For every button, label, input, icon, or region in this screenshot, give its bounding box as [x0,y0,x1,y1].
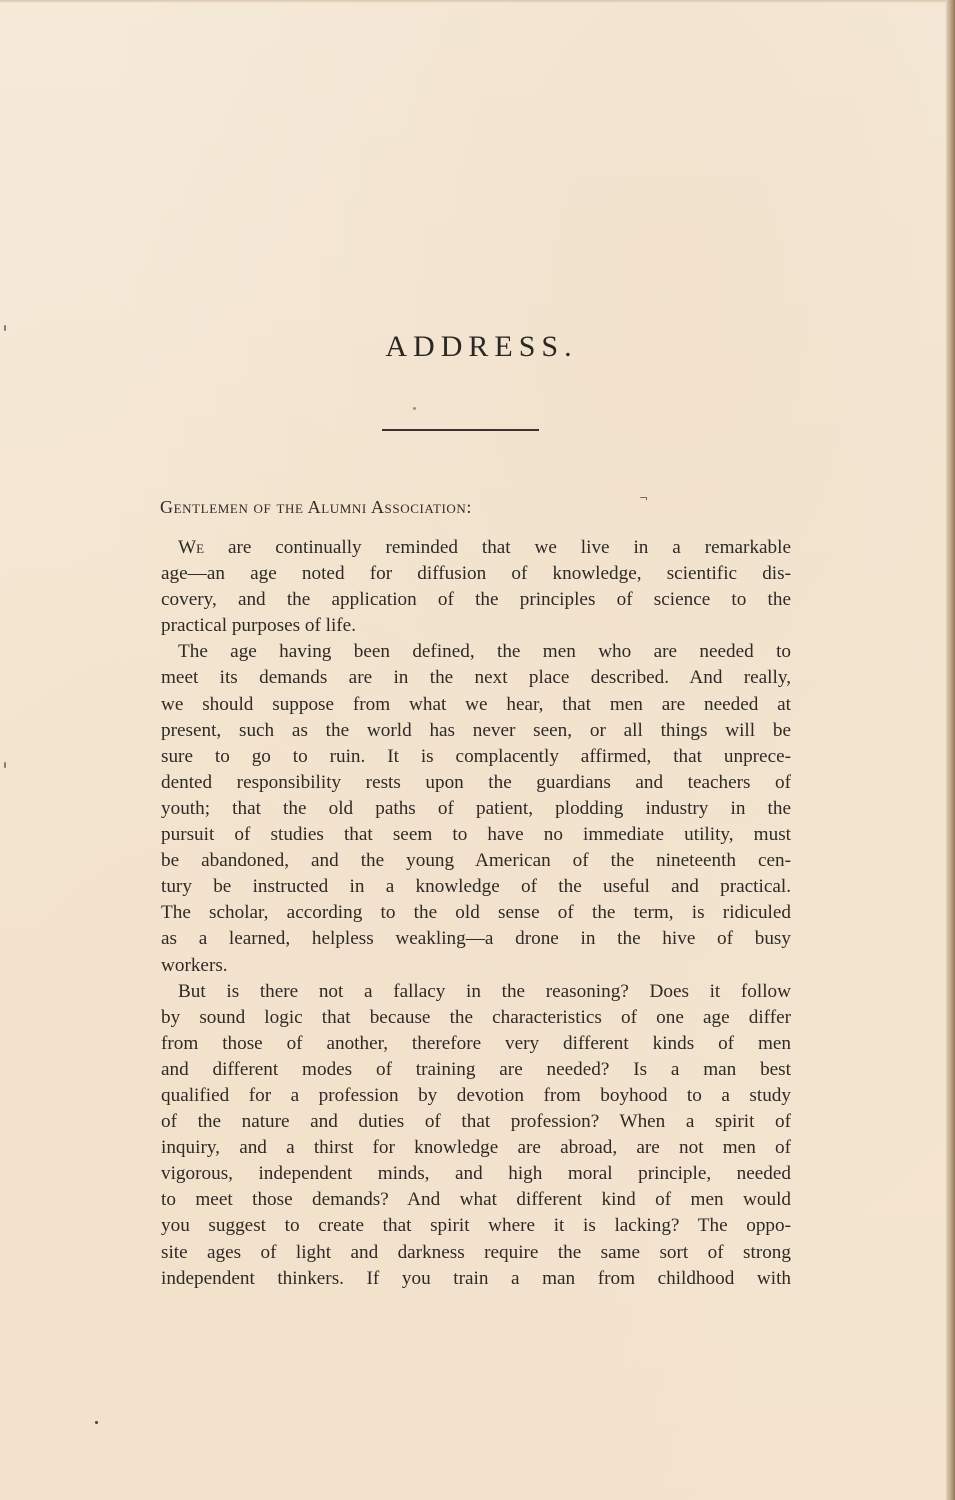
margin-mark [4,325,6,331]
stray-ink-mark: ¬ [639,492,648,505]
text-line: inquiry, and a thirst for knowledge are … [161,1135,791,1161]
text-line: qualified for a profession by devotion f… [161,1083,791,1109]
text-line: sure to go to ruin. It is complacently a… [161,744,791,770]
text-line: site ages of light and darkness require … [161,1240,791,1266]
text-line: practical purposes of life. [161,613,791,639]
paragraph-1: We are continually reminded that we live… [161,535,791,639]
text-line: We are continually reminded that we live… [161,535,791,561]
title-rule-divider [382,429,539,431]
drop-initial: We [178,537,204,558]
text-line: and different modes of training are need… [161,1057,791,1083]
text-line: youth; that the old paths of patient, pl… [161,796,791,822]
text-line: we should suppose from what we hear, tha… [161,692,791,718]
text-line: independent thinkers. If you train a man… [161,1266,791,1292]
text-line: you suggest to create that spirit where … [161,1213,791,1239]
text-line: vigorous, independent minds, and high mo… [161,1161,791,1187]
page-top-edge [0,0,955,3]
text-line: dented responsibility rests upon the gua… [161,770,791,796]
text-line: of the nature and duties of that profess… [161,1109,791,1135]
text-line: The age having been defined, the men who… [161,639,791,665]
paragraph-2: The age having been defined, the men who… [161,639,791,978]
ink-speck [95,1421,98,1424]
text-line: tury be instructed in a knowledge of the… [161,874,791,900]
first-line-remainder: are continually reminded that we live in… [204,537,791,558]
text-line: workers. [161,953,791,979]
text-line: pursuit of studies that seem to have no … [161,822,791,848]
text-line: by sound logic that because the characte… [161,1005,791,1031]
text-line: The scholar, according to the old sense … [161,900,791,926]
text-line: meet its demands are in the next place d… [161,665,791,691]
paragraph-3: But is there not a fallacy in the reason… [161,979,791,1292]
ornament-dot [413,407,416,410]
text-line: be abandoned, and the young American of … [161,848,791,874]
page-right-edge [946,0,955,1500]
body-text: We are continually reminded that we live… [161,535,791,1292]
salutation: Gentlemen of the Alumni Association: [160,497,472,518]
text-line: present, such as the world has never see… [161,718,791,744]
text-line: as a learned, helpless weakling—a drone … [161,926,791,952]
text-line: But is there not a fallacy in the reason… [161,979,791,1005]
text-line: age—an age noted for diffusion of knowle… [161,561,791,587]
page-title: ADDRESS. [169,330,794,364]
document-page: ADDRESS. Gentlemen of the Alumni Associa… [0,0,955,1500]
text-line: covery, and the application of the princ… [161,587,791,613]
margin-mark [4,762,6,768]
text-line: from those of another, therefore very di… [161,1031,791,1057]
text-line: to meet those demands? And what differen… [161,1187,791,1213]
